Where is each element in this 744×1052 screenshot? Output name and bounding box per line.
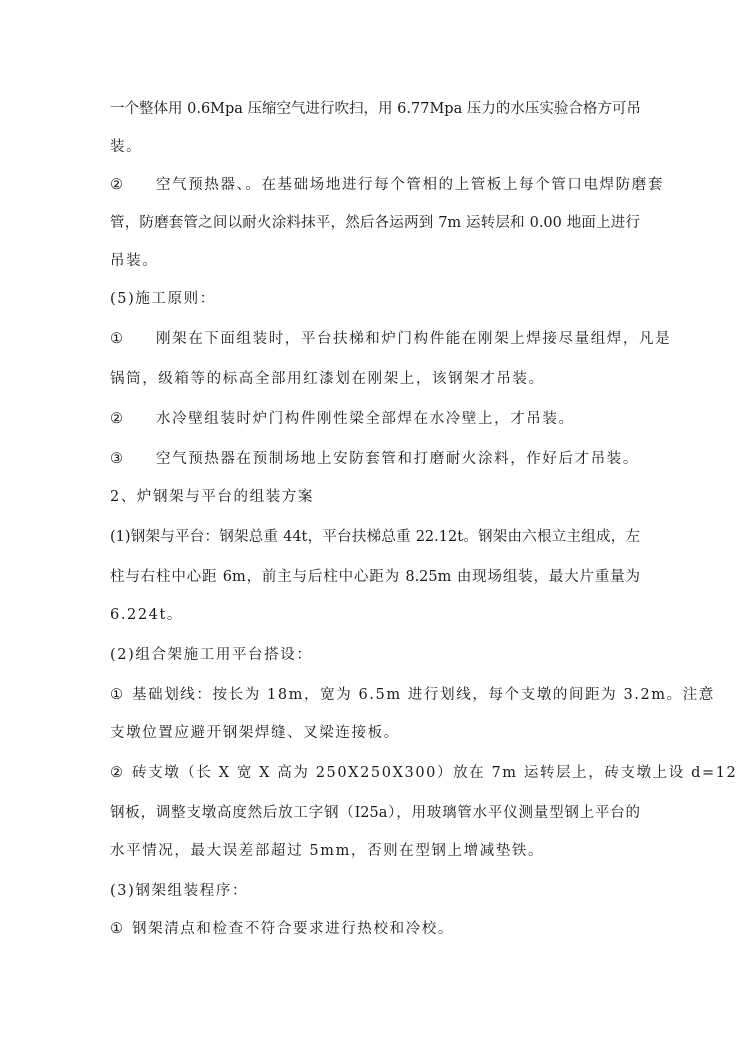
- paragraph-line: 管，防磨套管之间以耐火涂料抹平，然后各运两到 7m 运转层和 0.00 地面上进…: [110, 214, 640, 232]
- circled-number-2: ②: [110, 410, 156, 428]
- paragraph-line: 一个整体用 0.6Mpa 压缩空气进行吹扫，用 6.77Mpa 压力的水压实验合…: [110, 100, 640, 118]
- section-heading: (5)施工原则：: [110, 290, 640, 308]
- list-item-line: ②砖支墩（长 X 宽 X 高为 250X250X300）放在 7m 运转层上，砖…: [110, 764, 640, 782]
- circled-number-3: ③: [110, 450, 156, 468]
- paragraph-line: 装。: [110, 138, 640, 156]
- paragraph-line: 柱与右柱中心距 6m，前主与后柱中心距为 8.25m 由现场组装，最大片重量为: [110, 568, 640, 586]
- paragraph-line: (1)钢架与平台：钢架总重 44t，平台扶梯总重 22.12t。钢架由六根立主组…: [110, 528, 640, 546]
- list-item-line: ①刚架在下面组装时，平台扶梯和炉门构件能在刚架上焊接尽量组焊，凡是: [110, 330, 640, 348]
- circled-number-2: ②: [110, 764, 132, 782]
- section-heading: 2、炉钢架与平台的组装方案: [110, 488, 640, 506]
- paragraph-line: 锅筒，级箱等的标高全部用红漆划在刚架上，该钢架才吊装。: [110, 370, 640, 388]
- list-item-line: ②空气预热器、。在基础场地进行每个管相的上管板上每个管口电焊防磨套: [110, 176, 640, 194]
- circled-number-2: ②: [110, 176, 156, 194]
- paragraph-line: 吊装。: [110, 252, 640, 270]
- circled-number-1: ①: [110, 330, 156, 348]
- circled-number-1: ①: [110, 920, 132, 938]
- document-page: 一个整体用 0.6Mpa 压缩空气进行吹扫，用 6.77Mpa 压力的水压实验合…: [0, 0, 744, 1052]
- paragraph-line: 钢板，调整支墩高度然后放工字钢（I25a），用玻璃管水平仪测量型钢上平台的: [110, 804, 640, 822]
- list-item-line: ③空气预热器在预制场地上安防套管和打磨耐火涂料，作好后才吊装。: [110, 450, 640, 468]
- paragraph-line: 6.224t。: [110, 606, 640, 624]
- list-item-line: ①基础划线：按长为 18m，宽为 6.5m 进行划线，每个支墩的间距为 3.2m…: [110, 686, 640, 704]
- section-heading: (2)组合架施工用平台搭设：: [110, 646, 640, 664]
- section-heading: (3)钢架组装程序：: [110, 882, 640, 900]
- circled-number-1: ①: [110, 686, 132, 704]
- list-item-line: ①钢架清点和检查不符合要求进行热校和冷校。: [110, 920, 640, 938]
- list-item-line: ②水冷壁组装时炉门构件刚性梁全部焊在水冷壁上，才吊装。: [110, 410, 640, 428]
- paragraph-line: 水平情况，最大误差部超过 5mm，否则在型钢上增减垫铁。: [110, 842, 640, 860]
- paragraph-line: 支墩位置应避开钢架焊缝、叉梁连接板。: [110, 724, 640, 742]
